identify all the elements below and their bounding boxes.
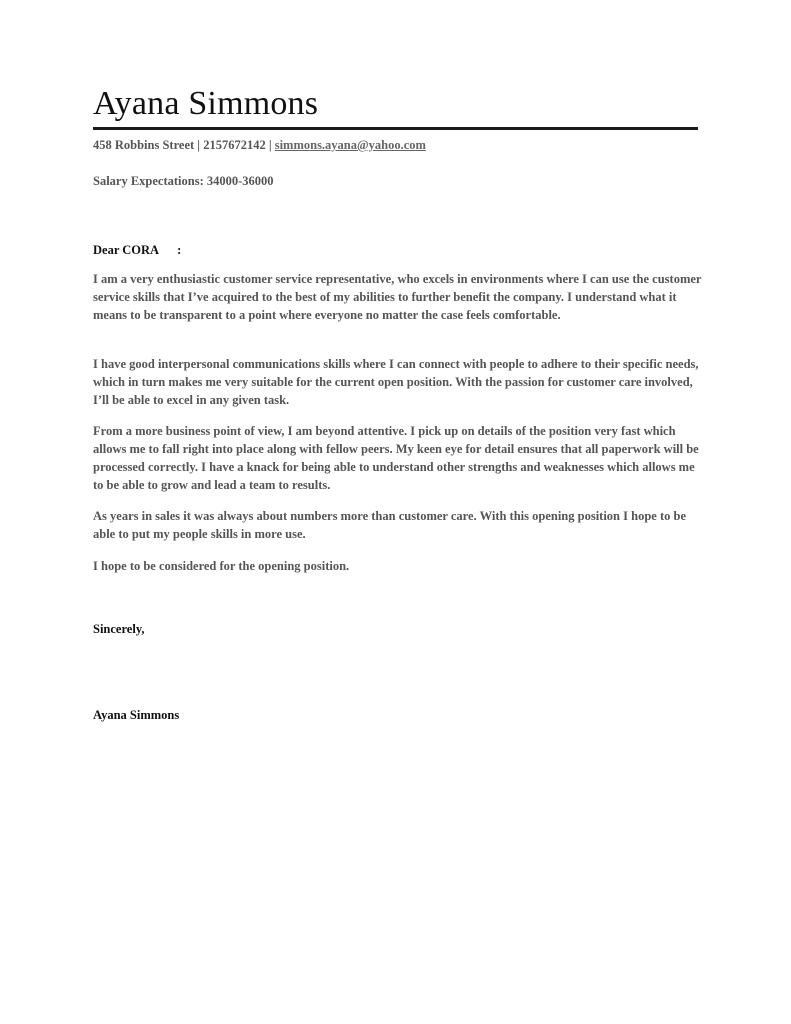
closing: Sincerely,	[93, 622, 145, 637]
separator: |	[194, 138, 203, 152]
header-divider	[93, 127, 698, 130]
contact-line: 458 Robbins Street | 2157672142 | simmon…	[93, 138, 426, 153]
email-link[interactable]: simmons.ayana@yahoo.com	[275, 138, 426, 152]
paragraph-2: I have good interpersonal communications…	[93, 355, 703, 409]
applicant-name-heading: Ayana Simmons	[93, 84, 318, 124]
paragraph-3: From a more business point of view, I am…	[93, 422, 703, 494]
paragraph-5: I hope to be considered for the opening …	[93, 557, 703, 575]
address: 458 Robbins Street	[93, 138, 194, 152]
signature: Ayana Simmons	[93, 708, 179, 723]
separator: |	[266, 138, 275, 152]
paragraph-1: I am a very enthusiastic customer servic…	[93, 270, 703, 324]
paragraph-4: As years in sales it was always about nu…	[93, 507, 703, 543]
salary-expectations: Salary Expectations: 34000-36000	[93, 174, 274, 189]
phone: 2157672142	[203, 138, 266, 152]
greeting: Dear CORA :	[93, 243, 181, 258]
